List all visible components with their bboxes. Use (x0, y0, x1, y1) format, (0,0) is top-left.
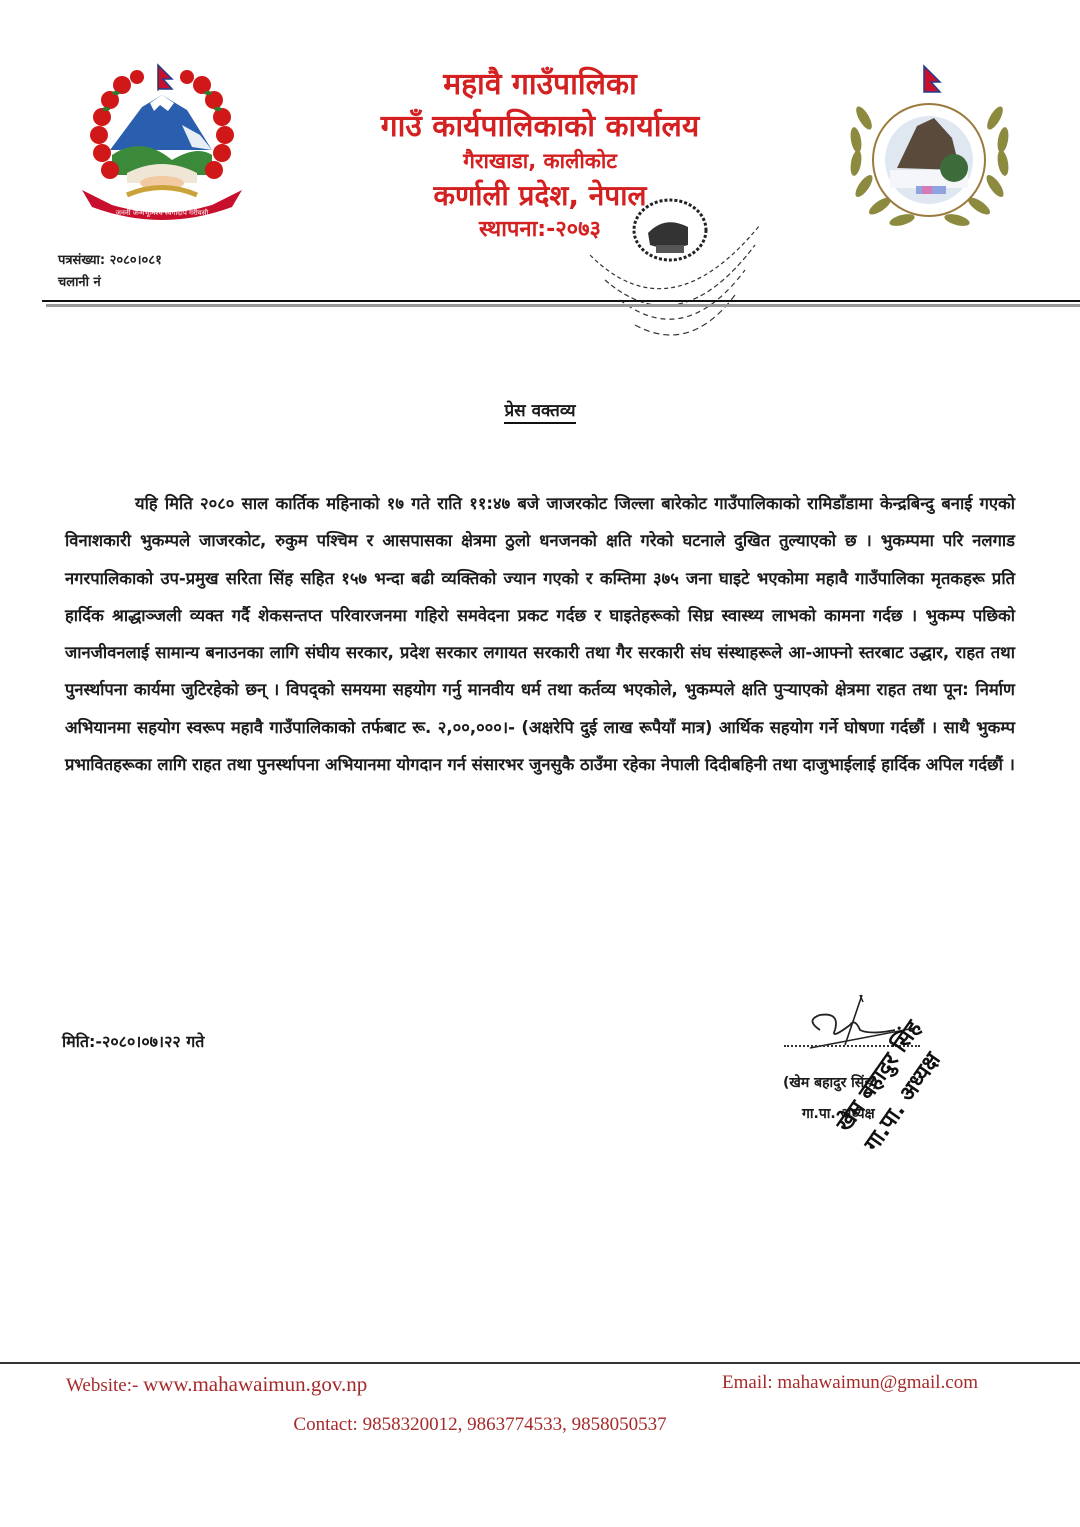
dispatch-number-label: चलानी नं (58, 272, 101, 290)
footer-divider (0, 1362, 1080, 1364)
document-date: मिति:-२०८०।०७।२२ गते (62, 1030, 204, 1052)
email-link[interactable]: mahawaimun@gmail.com (777, 1372, 978, 1393)
letter-number: पत्रसंख्या: २०८०।०८१ (58, 250, 162, 268)
municipality-logo-icon (842, 58, 1017, 243)
footer-website: Website:- www.mahawaimun.gov.np (66, 1372, 367, 1397)
email-label: Email: (722, 1372, 773, 1393)
header-divider (42, 300, 1080, 302)
office-round-stamp (570, 185, 790, 360)
letter-number-label: पत्रसंख्या: (58, 253, 105, 268)
document-title-text: प्रेस वक्तव्य (504, 401, 575, 424)
contact-numbers: 9858320012, 9863774533, 9858050537 (363, 1414, 667, 1435)
letter-number-value: २०८०।०८१ (110, 253, 162, 268)
contact-label: Contact: (293, 1414, 357, 1435)
footer-contact: Contact: 9858320012, 9863774533, 9858050… (0, 1414, 960, 1436)
website-label: Website:- (66, 1375, 138, 1396)
footer-email: Email: mahawaimun@gmail.com (722, 1372, 978, 1394)
press-statement-body: यहि मिति २०८० साल कार्तिक महिनाको १७ गते… (65, 485, 1015, 783)
header-divider-shadow (46, 304, 1080, 307)
website-link[interactable]: www.mahawaimun.gov.np (143, 1372, 367, 1396)
document-title: प्रेस वक्तव्य (0, 398, 1080, 421)
